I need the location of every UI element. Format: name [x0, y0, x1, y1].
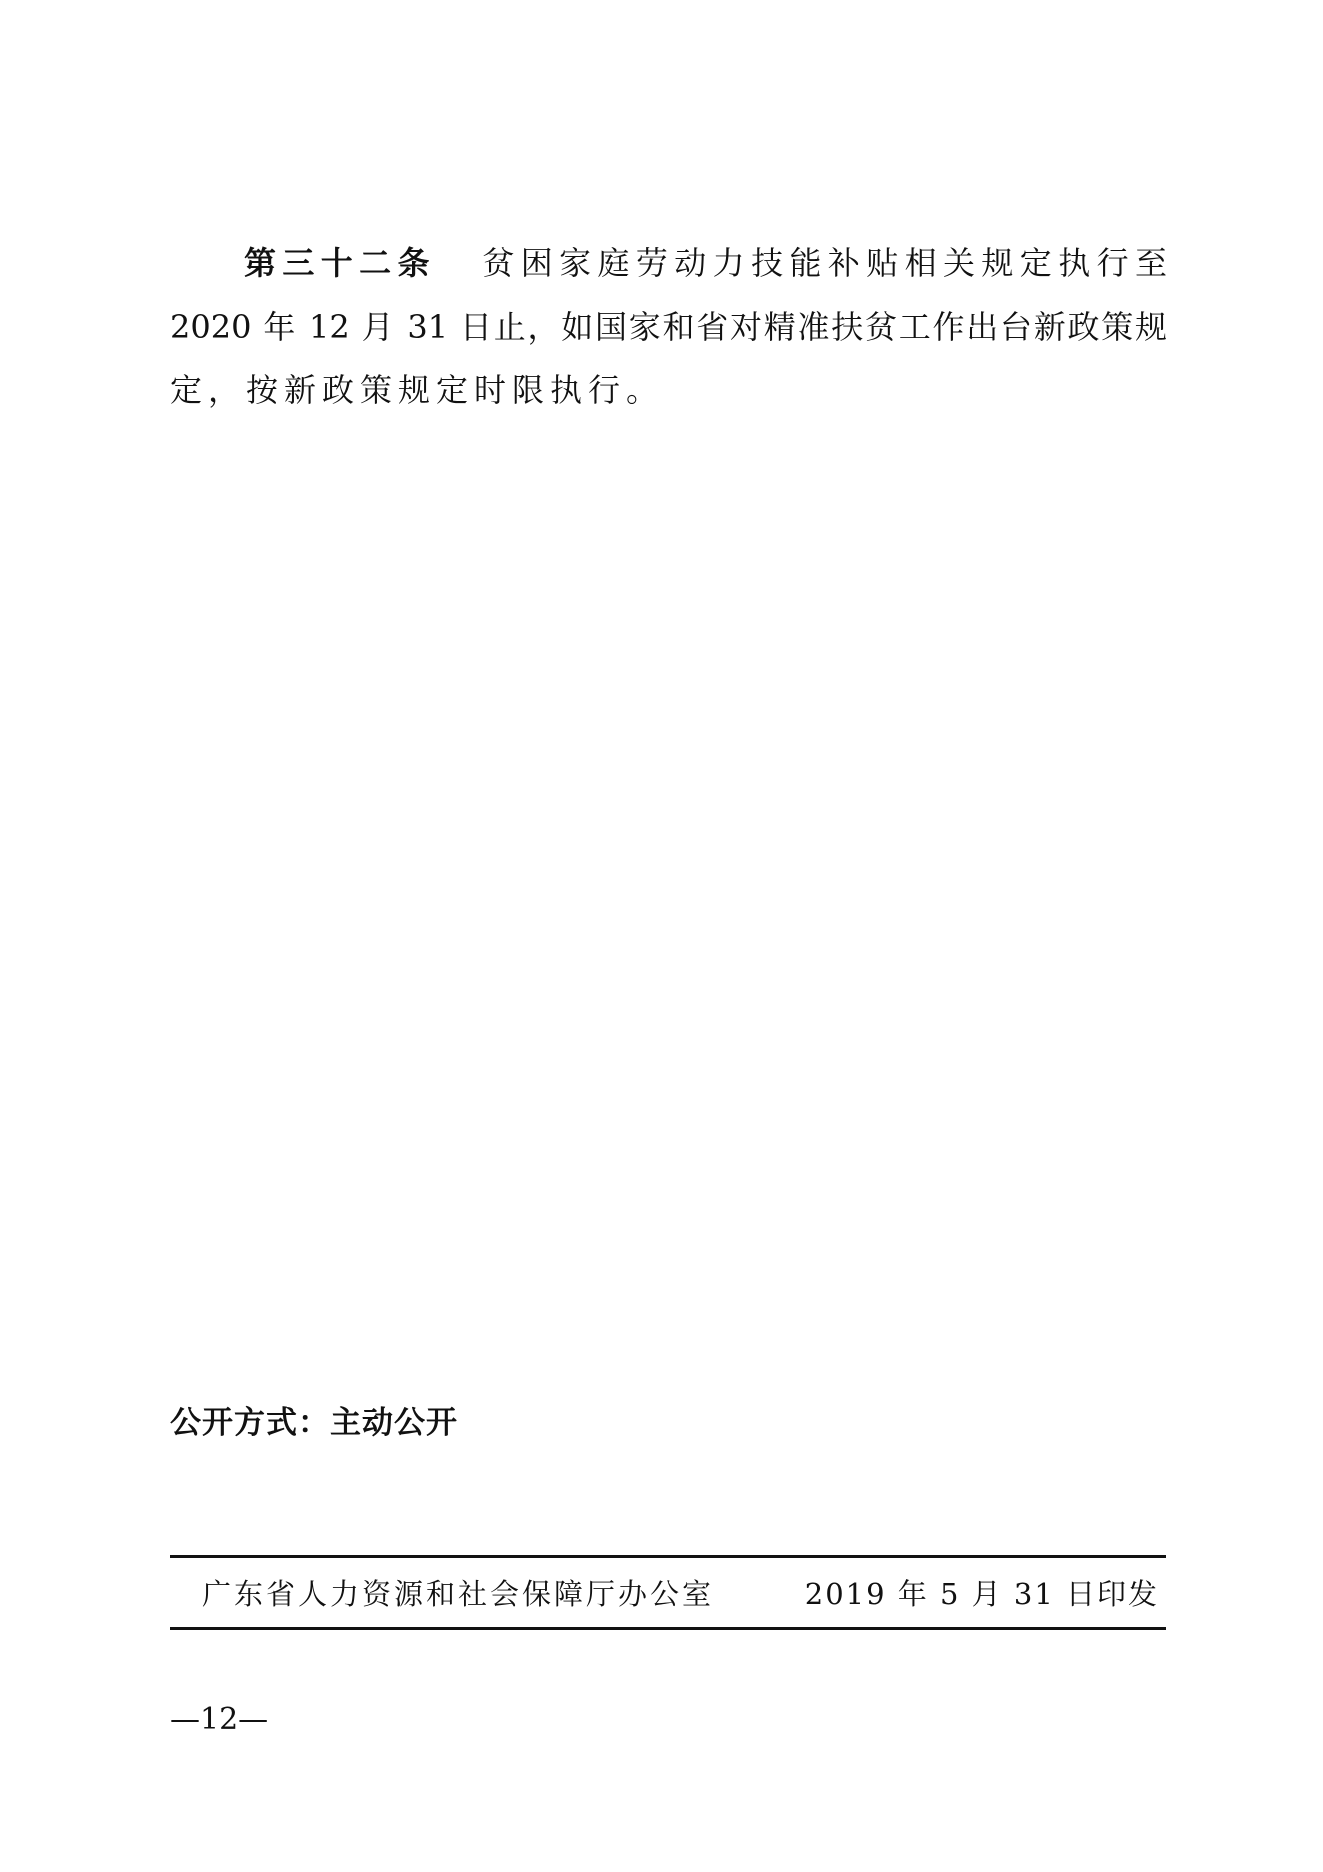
page-number: —12— — [170, 1700, 268, 1740]
footer-issue-date: 2019 年 5 月 31 日印发 — [805, 1574, 1159, 1614]
article-text-line-1: 贫困家庭劳动力技能补贴相关规定执行至 — [476, 244, 1167, 282]
disclosure-method: 公开方式：主动公开 — [170, 1403, 458, 1443]
footer-issuer: 广东省人力资源和社会保障厅办公室 — [202, 1574, 714, 1614]
article-line-3: 定，按新政策规定时限执行。 — [170, 370, 1167, 410]
article-number: 第三十二条 — [244, 244, 436, 282]
footer-rule-bottom — [170, 1627, 1166, 1630]
article-line-1: 第三十二条贫困家庭劳动力技能补贴相关规定执行至 — [244, 243, 1167, 283]
article-line-2: 2020 年 12 月 31 日止，如国家和省对精准扶贫工作出台新政策规 — [170, 307, 1167, 347]
footer-rule-top — [170, 1555, 1166, 1558]
